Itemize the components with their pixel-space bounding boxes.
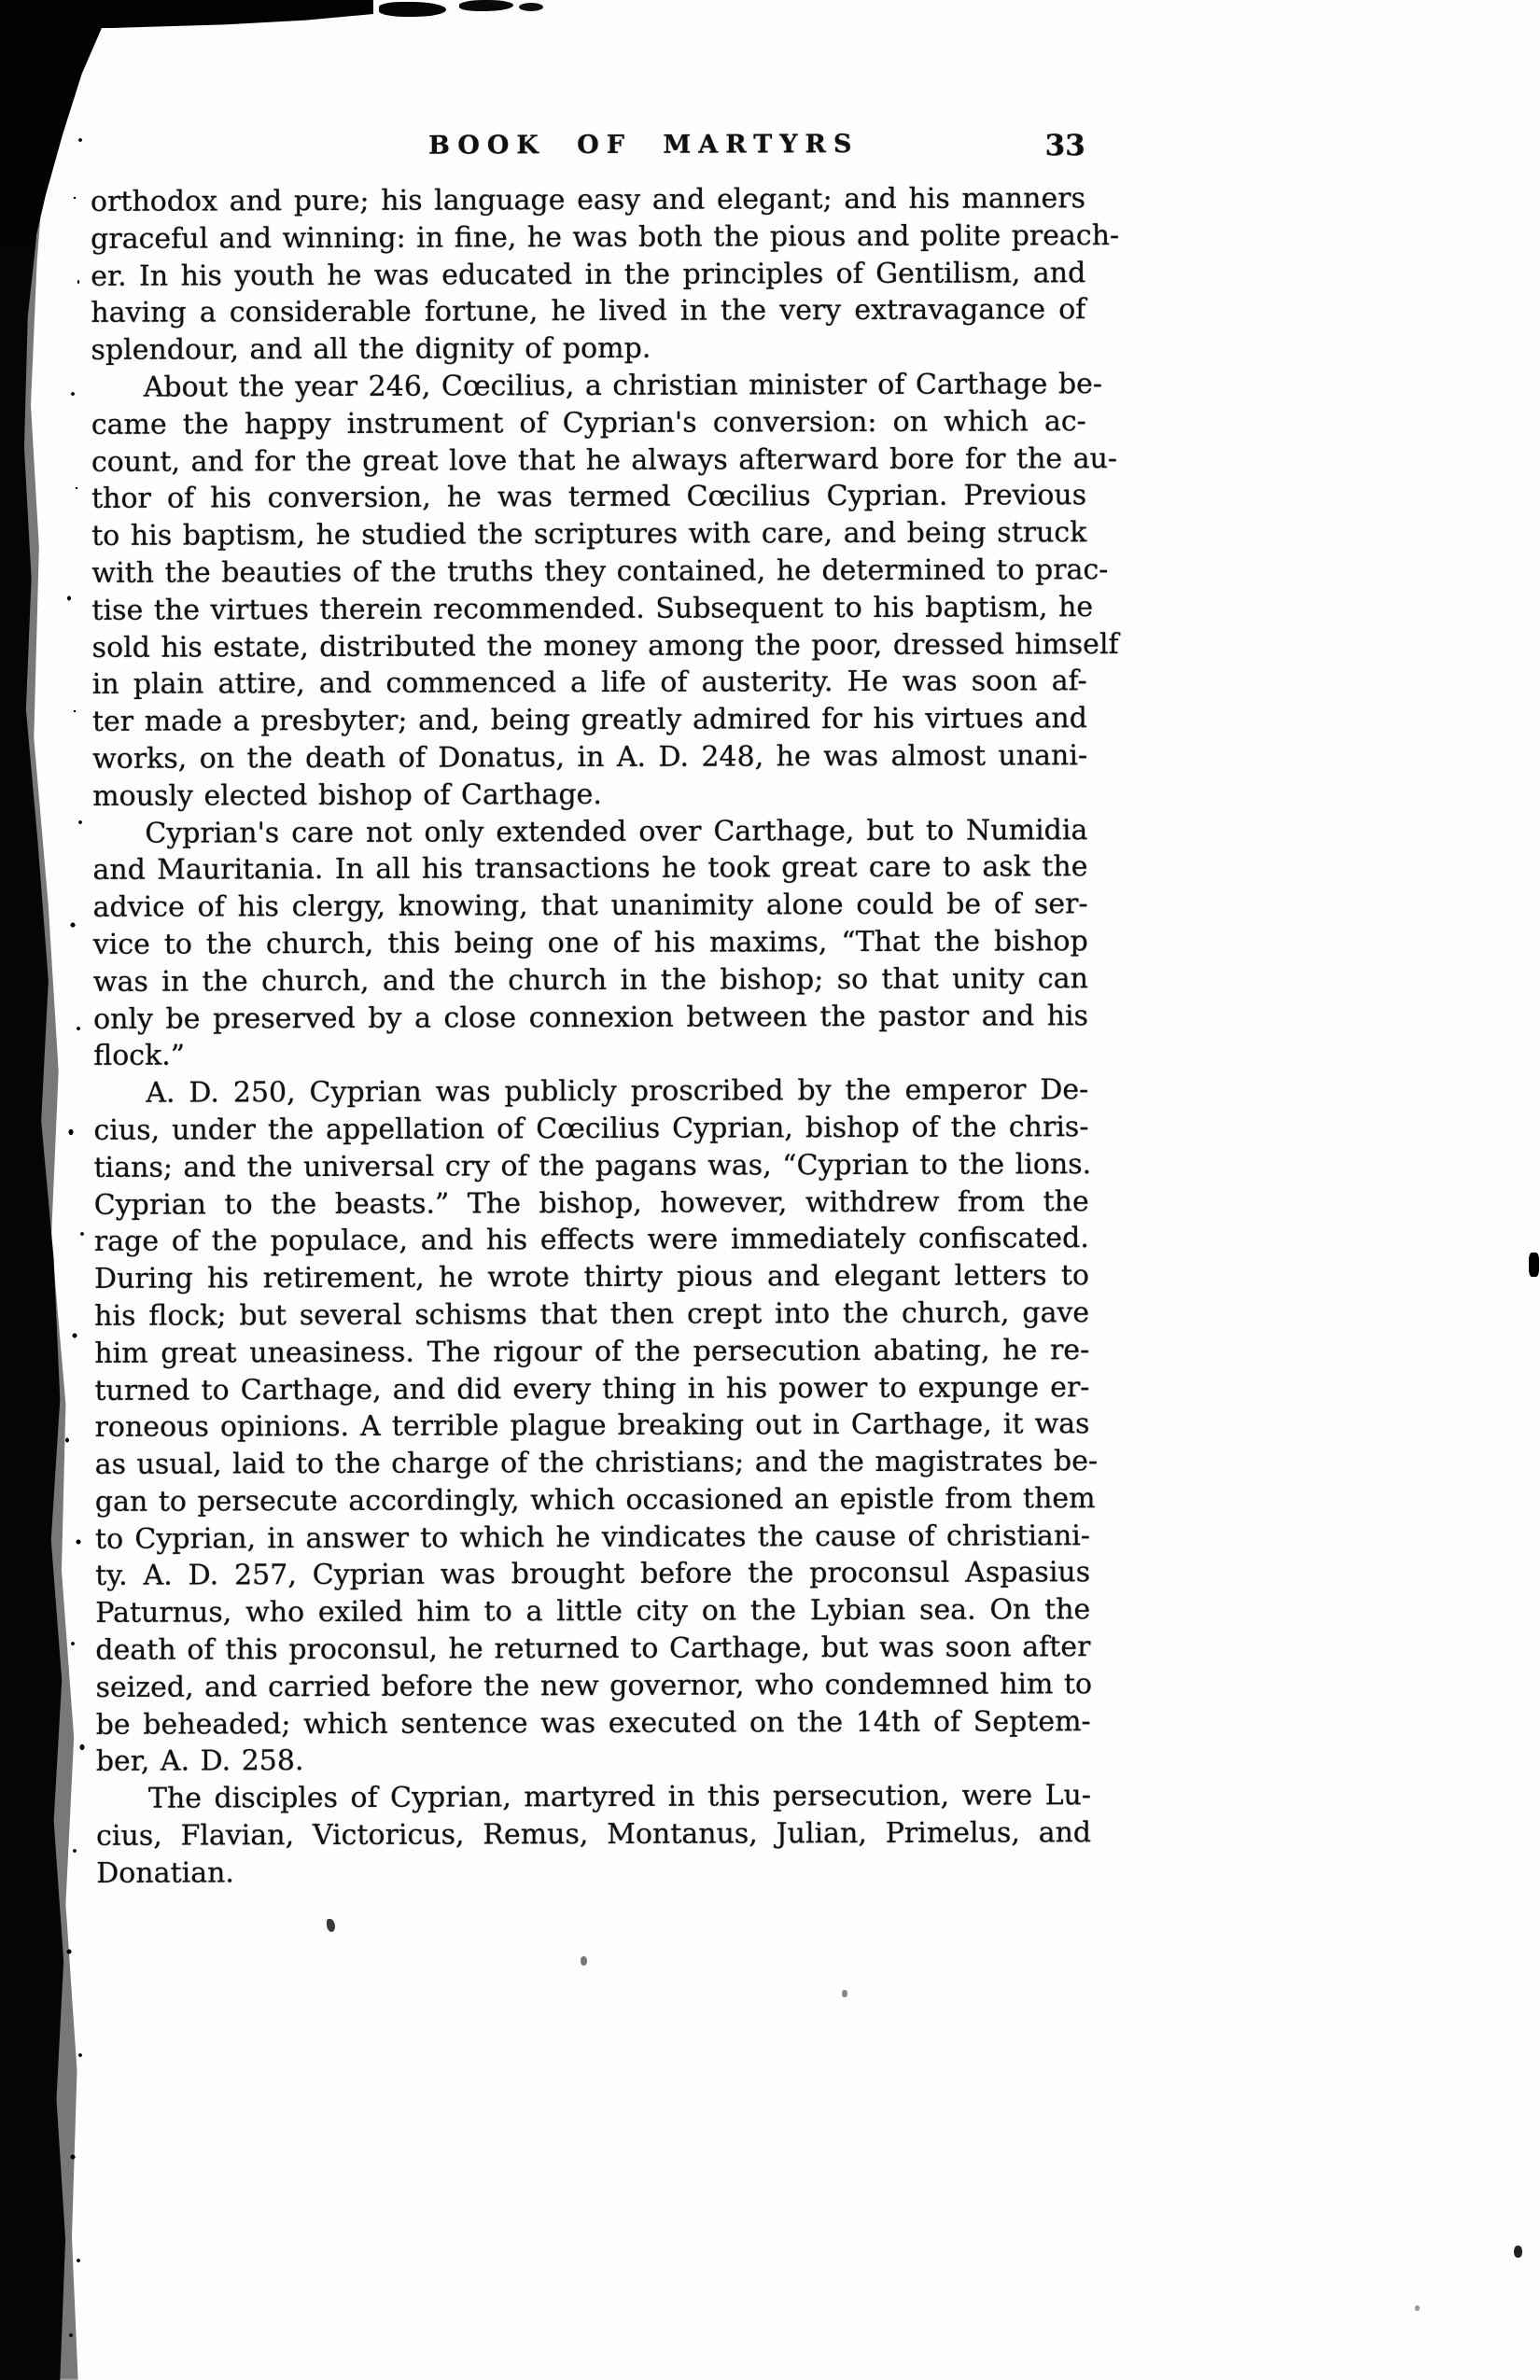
text-line: was in the church, and the church in the… <box>93 960 1088 1001</box>
ink-speck <box>1529 1253 1539 1277</box>
text-line: The disciples of Cyprian, martyred in th… <box>96 1777 1091 1818</box>
text-line: gan to persecute accordingly, which occa… <box>95 1480 1090 1521</box>
text-line: works, on the death of Donatus, in A. D.… <box>92 737 1087 778</box>
running-title: BOOK OF MARTYRS <box>428 130 860 161</box>
page-number: 33 <box>1045 129 1085 162</box>
scanned-book-page: BOOK OF MARTYRS 33 orthodox and pure; hi… <box>0 0 1540 2380</box>
ink-speck <box>581 1956 587 1966</box>
text-line: with the beauties of the truths they con… <box>91 552 1086 593</box>
text-line: Donatian. <box>96 1852 1091 1893</box>
paragraph: About the year 246, Cœcilius, a christia… <box>91 366 1088 815</box>
text-column: BOOK OF MARTYRS 33 orthodox and pure; hi… <box>91 129 1092 1892</box>
text-line: Cyprian's care not only extended over Ca… <box>92 812 1087 853</box>
text-line: ter made a presbyter; and, being greatly… <box>92 700 1087 741</box>
paragraph: A. D. 250, Cyprian was publicly proscrib… <box>93 1071 1091 1781</box>
text-line: having a considerable fortune, he lived … <box>91 292 1085 333</box>
text-line: During his retirement, he wrote thirty p… <box>94 1257 1089 1298</box>
text-line: in plain attire, and commenced a life of… <box>92 664 1087 705</box>
text-line: graceful and winning: in fine, he was bo… <box>91 217 1085 259</box>
text-line: A. D. 250, Cyprian was publicly proscrib… <box>93 1071 1088 1113</box>
paragraph: orthodox and pure; his language easy and… <box>91 180 1086 370</box>
text-line: tise the virtues therein recommended. Su… <box>91 589 1086 630</box>
text-line: tians; and the universal cry of the paga… <box>94 1146 1089 1187</box>
scan-top-edge-fragment <box>519 3 543 11</box>
scan-top-edge-fragment <box>459 0 513 11</box>
text-line: orthodox and pure; his language easy and… <box>91 180 1085 221</box>
text-line: as usual, laid to the charge of the chri… <box>95 1443 1090 1484</box>
text-line: seized, and carried before the new gover… <box>95 1666 1090 1707</box>
text-line: count, and for the great love that he al… <box>91 441 1086 482</box>
text-line: ty. A. D. 257, Cyprian was brought befor… <box>95 1555 1090 1596</box>
text-line: only be preserved by a close connexion b… <box>93 998 1088 1039</box>
text-line: sold his estate, distributed the money a… <box>92 626 1087 667</box>
text-line: roneous opinions. A terrible plague brea… <box>94 1406 1089 1447</box>
text-line: his flock; but several schisms that then… <box>94 1295 1089 1336</box>
text-line: Cyprian to the beasts.” The bishop, howe… <box>94 1183 1089 1225</box>
text-line: Paturnus, who exiled him to a little cit… <box>95 1591 1090 1632</box>
text-line: splendour, and all the dignity of pomp. <box>91 329 1085 370</box>
text-line: be beheaded; which sentence was executed… <box>96 1703 1091 1744</box>
text-line: and Mauritania. In all his transactions … <box>92 848 1087 889</box>
text-line: advice of his clergy, knowing, that unan… <box>93 886 1088 927</box>
running-head: BOOK OF MARTYRS 33 <box>91 129 1085 168</box>
text-line: flock.” <box>93 1034 1088 1075</box>
text-line: cius, under the appellation of Cœcilius … <box>93 1109 1088 1150</box>
text-line: death of this proconsul, he returned to … <box>95 1629 1090 1670</box>
ink-speck <box>1514 2246 1522 2258</box>
text-line: ber, A. D. 258. <box>96 1741 1091 1782</box>
text-line: mously elected bishop of Carthage. <box>92 775 1087 816</box>
text-line: to Cyprian, in answer to which he vindic… <box>95 1518 1090 1559</box>
text-line: er. In his youth he was educated in the … <box>91 255 1085 296</box>
text-line: thor of his conversion, he was termed Cœ… <box>91 478 1086 519</box>
text-line: him great uneasiness. The rigour of the … <box>94 1332 1089 1373</box>
ink-speck <box>1415 2305 1420 2311</box>
text-line: to his baptism, he studied the scripture… <box>91 514 1086 555</box>
text-line: cius, Flavian, Victoricus, Remus, Montan… <box>96 1814 1091 1855</box>
text-line: turned to Carthage, and did every thing … <box>94 1369 1089 1410</box>
text-line: came the happy instrument of Cyprian's c… <box>91 403 1086 444</box>
ink-speck <box>842 1990 847 1997</box>
text-line: rage of the populace, and his effects we… <box>94 1220 1089 1261</box>
paragraph: Cyprian's care not only extended over Ca… <box>92 812 1088 1075</box>
scan-top-edge-fragment <box>379 2 446 17</box>
ink-speck <box>327 1919 335 1932</box>
paragraph: The disciples of Cyprian, martyred in th… <box>96 1777 1091 1892</box>
text-line: About the year 246, Cœcilius, a christia… <box>91 366 1086 407</box>
text-line: vice to the church, this being one of hi… <box>93 923 1088 964</box>
text-block: orthodox and pure; his language easy and… <box>91 180 1091 1892</box>
